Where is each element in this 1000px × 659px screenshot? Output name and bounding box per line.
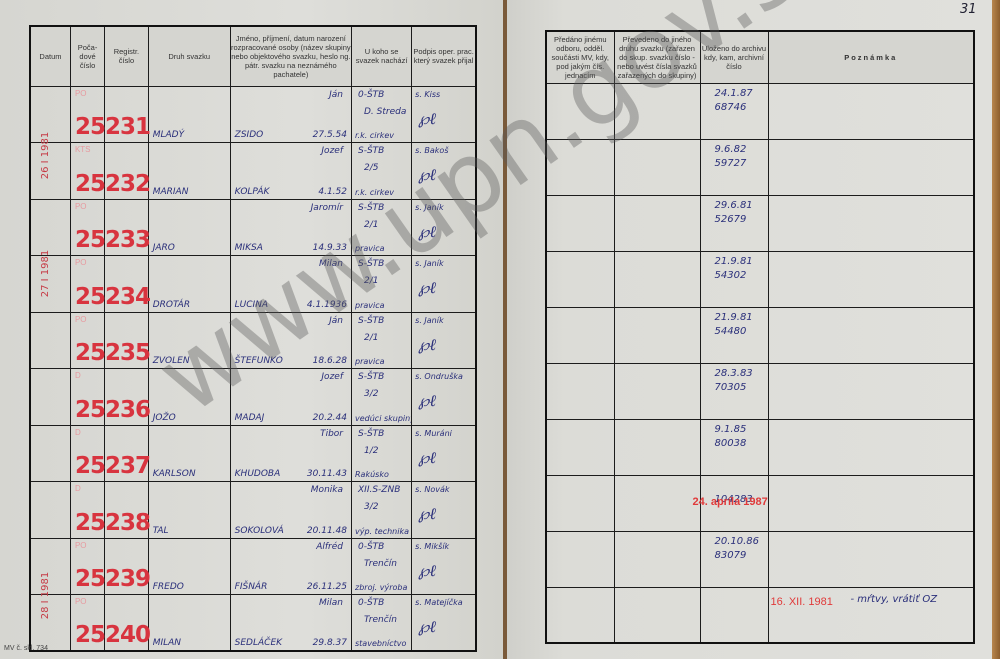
table-row: 21.9.8154302 [546, 251, 974, 307]
alias-cell: JARO [148, 199, 230, 256]
order-cell: D25237 [70, 425, 104, 482]
alias-cell: ZVOLEN [148, 312, 230, 369]
archive-cell: 21.9.8154480 [700, 307, 768, 363]
alias-cell: MILAN [148, 595, 230, 652]
transfer-cell [546, 531, 614, 587]
surname: KHUDOBA [235, 469, 281, 479]
note-cell [768, 531, 974, 587]
alias-cell: MARIAN [148, 143, 230, 200]
received-date-stamp: 26 I 1981 [40, 132, 51, 179]
table-row: PO25235ZVOLENŠTEFUNKOJán18.6.28S-ŠTB2/1p… [30, 312, 476, 369]
order-cell: D25236 [70, 369, 104, 426]
reg-cell [105, 482, 149, 539]
unit: 0-ŠTB [358, 598, 384, 608]
person-cell: ZSIDOJán27.5.54 [230, 86, 351, 143]
archive-date-stamp: 24. apríla 1987 [693, 496, 768, 508]
alias-cell: TAL [148, 482, 230, 539]
officer-name: s. Muráni [415, 429, 452, 438]
officer-name: s. Janík [415, 203, 443, 212]
signature: ℘ℓ [418, 222, 436, 242]
first-name: Milan [319, 598, 343, 608]
col-predano: Předáno jinému odboru, odděl. součásti M… [546, 31, 614, 83]
unit-detail: Trenčín [364, 559, 397, 569]
person-cell: SOKOLOVÁMonika20.11.48 [230, 482, 351, 539]
reg-cell [105, 538, 149, 595]
transfer-cell [546, 195, 614, 251]
signature: ℘ℓ [418, 504, 436, 524]
note-date-stamp: 16. XII. 1981 [771, 596, 833, 608]
signature: ℘ℓ [418, 278, 436, 298]
archive-number: 68746 [715, 102, 747, 113]
surname: KOLPÁK [235, 187, 270, 197]
archive-number: 83079 [715, 550, 747, 561]
birth-date: 30.11.43 [307, 469, 347, 479]
received-date-stamp: 27 I 1981 [40, 250, 51, 297]
unit: S-ŠTB [358, 316, 384, 326]
transfer-cell [546, 363, 614, 419]
order-cell: PO25234 [70, 256, 104, 313]
archive-date: 21.9.81 [715, 312, 753, 323]
transfer-cell [546, 139, 614, 195]
alias-cell: JOŽO [148, 369, 230, 426]
category: pravica [355, 301, 385, 310]
received-date-stamp: 28 I 1981 [40, 572, 51, 619]
col-poradove-cislo: Poča-dové číslo [70, 26, 104, 86]
alias: MLADÝ [153, 130, 184, 140]
table-row: 9.6.8259727 [546, 139, 974, 195]
unit: XII.S-ZNB [358, 485, 400, 495]
person-cell: FIŠNÁRAlfréd26.11.25 [230, 538, 351, 595]
type-code: D [75, 428, 81, 437]
transfer-cell [546, 419, 614, 475]
alias: MILAN [153, 638, 181, 648]
date-cell [30, 369, 70, 426]
category: pravica [355, 357, 385, 366]
signature-cell: s. Bakoš℘ℓ [412, 143, 476, 200]
date-cell [30, 425, 70, 482]
person-cell: SEDLÁČEKMilan29.8.37 [230, 595, 351, 652]
col-podpis: Podpis oper. prac. který svazek přijal [412, 26, 476, 86]
archive-number: 52679 [715, 214, 747, 225]
first-name: Milan [319, 259, 343, 269]
category: r.k. cirkev [355, 131, 394, 140]
form-number: MV č. skl. 734 [4, 645, 48, 652]
surname: SOKOLOVÁ [235, 526, 284, 536]
archive-number: 59727 [715, 158, 747, 169]
surname: MADAJ [235, 413, 265, 423]
archive-cell: 9.6.8259727 [700, 139, 768, 195]
birth-date: 4.1.52 [318, 187, 347, 197]
table-row: 28.3.8370305 [546, 363, 974, 419]
location-cell: S-ŠTB2/1pravica [352, 256, 412, 313]
officer-name: s. Matejíčka [415, 598, 463, 607]
note-cell [768, 363, 974, 419]
note-cell [768, 475, 974, 531]
col-u-koho: U koho se svazek nachází [352, 26, 412, 86]
archive-date: 9.1.85 [715, 424, 747, 435]
signature-cell: s. Janík℘ℓ [412, 312, 476, 369]
unit: S-ŠTB [358, 203, 384, 213]
first-name: Alfréd [316, 542, 343, 552]
unit-detail: 2/1 [364, 276, 378, 286]
registry-table-right: Předáno jinému odboru, odděl. součásti M… [545, 30, 975, 644]
reg-cell [105, 312, 149, 369]
signature: ℘ℓ [418, 617, 436, 637]
page-number: 31 [960, 2, 977, 17]
date-cell [30, 199, 70, 256]
type-code: PO [75, 597, 87, 606]
location-cell: S-ŠTB2/5r.k. cirkev [352, 143, 412, 200]
location-cell: S-ŠTB1/2Rakúsko [352, 425, 412, 482]
signature: ℘ℓ [418, 561, 436, 581]
person-cell: ŠTEFUNKOJán18.6.28 [230, 312, 351, 369]
date-cell [30, 312, 70, 369]
surname: ŠTEFUNKO [235, 356, 283, 366]
surname: FIŠNÁR [235, 582, 268, 592]
table-row: PO25239FREDOFIŠNÁRAlfréd26.11.250-ŠTBTre… [30, 538, 476, 595]
person-cell: MIKSAJaromír14.9.33 [230, 199, 351, 256]
col-jmeno: Jméno, příjmení, datum narození rozpraco… [230, 26, 351, 86]
signature: ℘ℓ [418, 165, 436, 185]
alias: JARO [153, 243, 175, 253]
alias-cell: MLADÝ [148, 86, 230, 143]
type-code: PO [75, 541, 87, 550]
birth-date: 20.2.44 [313, 413, 347, 423]
surname: ZSIDO [235, 130, 264, 140]
table-row: 24.1.8768746 [546, 83, 974, 139]
col-ulozeno: Uloženo do archivu kdy, kam, archivní čí… [700, 31, 768, 83]
location-cell: 0-ŠTBTrenčínstavebníctvo [352, 595, 412, 652]
person-cell: LUCINAMilan4.1.1936 [230, 256, 351, 313]
transfer-cell [546, 307, 614, 363]
first-name: Tibor [320, 429, 343, 439]
officer-name: s. Kiss [415, 90, 440, 99]
note-cell [768, 195, 974, 251]
table-row: KTS25232MARIANKOLPÁKJozef4.1.52S-ŠTB2/5r… [30, 143, 476, 200]
first-name: Ján [329, 316, 343, 326]
alias: MARIAN [153, 187, 189, 197]
converted-cell [614, 195, 700, 251]
converted-cell [614, 475, 700, 531]
order-cell: PO25240 [70, 595, 104, 652]
person-cell: KHUDOBATibor30.11.43 [230, 425, 351, 482]
note-cell [768, 419, 974, 475]
table-row: PO25234DROTÁRLUCINAMilan4.1.1936S-ŠTB2/1… [30, 256, 476, 313]
order-cell: KTS25232 [70, 143, 104, 200]
archive-date: 28.3.83 [715, 368, 753, 379]
reg-cell [105, 143, 149, 200]
table-row: 29.6.8152679 [546, 195, 974, 251]
type-code: KTS [75, 145, 91, 154]
table-row: 9.1.8580038 [546, 419, 974, 475]
alias: ZVOLEN [153, 356, 190, 366]
note-cell [768, 307, 974, 363]
birth-date: 14.9.33 [313, 243, 347, 253]
location-cell: S-ŠTB2/1pravica [352, 199, 412, 256]
signature: ℘ℓ [418, 335, 436, 355]
header-row: Datum Poča-dové číslo Registr. číslo Dru… [30, 26, 476, 86]
archive-date: 9.6.82 [715, 144, 747, 155]
birth-date: 4.1.1936 [307, 300, 347, 310]
converted-cell [614, 531, 700, 587]
converted-cell [614, 587, 700, 643]
unit-detail: 2/1 [364, 220, 378, 230]
archive-date: 20.10.86 [715, 536, 760, 547]
signature: ℘ℓ [418, 391, 436, 411]
officer-name: s. Bakoš [415, 146, 448, 155]
archive-number: 54480 [715, 326, 747, 337]
first-name: Jozef [321, 372, 343, 382]
unit-detail: 3/2 [364, 389, 378, 399]
reg-cell [105, 369, 149, 426]
location-cell: XII.S-ZNB3/2výp. technika [352, 482, 412, 539]
table-row: D25237KARLSONKHUDOBATibor30.11.43S-ŠTB1/… [30, 425, 476, 482]
reg-cell [105, 425, 149, 482]
table-row: 21.9.8154480 [546, 307, 974, 363]
person-cell: KOLPÁKJozef4.1.52 [230, 143, 351, 200]
registry-table-left: Datum Poča-dové číslo Registr. číslo Dru… [29, 25, 477, 652]
officer-name: s. Mikšík [415, 542, 449, 551]
note-cell [768, 83, 974, 139]
col-datum: Datum [30, 26, 70, 86]
unit-detail: 1/2 [364, 446, 378, 456]
table-row: 20.10.8683079 [546, 531, 974, 587]
order-cell: PO25235 [70, 312, 104, 369]
converted-cell [614, 139, 700, 195]
category: stavebníctvo [355, 639, 406, 648]
order-cell: PO25231 [70, 86, 104, 143]
alias: FREDO [153, 582, 184, 592]
reg-cell [105, 595, 149, 652]
signature-cell: s. Muráni℘ℓ [412, 425, 476, 482]
book-edge [992, 0, 1000, 659]
first-name: Jaromír [311, 203, 343, 213]
alias: JOŽO [153, 413, 176, 423]
table-row: 10428324. apríla 1987 [546, 475, 974, 531]
unit: 0-ŠTB [358, 90, 384, 100]
location-cell: S-ŠTB3/2vedúci skupiny [352, 369, 412, 426]
archive-number: 54302 [715, 270, 747, 281]
category: r.k. cirkev [355, 188, 394, 197]
archive-cell: 20.10.8683079 [700, 531, 768, 587]
category: Rakúsko [355, 470, 389, 479]
note-cell [768, 139, 974, 195]
birth-date: 26.11.25 [307, 582, 347, 592]
order-cell: PO25239 [70, 538, 104, 595]
table-row: PO25240MILANSEDLÁČEKMilan29.8.370-ŠTBTre… [30, 595, 476, 652]
archive-cell [700, 587, 768, 643]
first-name: Ján [329, 90, 343, 100]
archive-cell: 28.3.8370305 [700, 363, 768, 419]
signature: ℘ℓ [418, 109, 436, 129]
signature-cell: s. Mikšík℘ℓ [412, 538, 476, 595]
alias: TAL [153, 526, 169, 536]
unit-detail: Trenčín [364, 615, 397, 625]
birth-date: 29.8.37 [313, 638, 347, 648]
officer-name: s. Janík [415, 259, 443, 268]
transfer-cell [546, 83, 614, 139]
col-druh-svazku: Druh svazku [148, 26, 230, 86]
table-row: PO25231MLADÝZSIDOJán27.5.540-ŠTBD. Stred… [30, 86, 476, 143]
alias-cell: DROTÁR [148, 256, 230, 313]
signature-cell: s. Ondruška℘ℓ [412, 369, 476, 426]
category: výp. technika [355, 527, 409, 536]
header-row: Předáno jinému odboru, odděl. součásti M… [546, 31, 974, 83]
alias-cell: KARLSON [148, 425, 230, 482]
category: pravica [355, 244, 385, 253]
alias: KARLSON [153, 469, 196, 479]
officer-name: s. Ondruška [415, 372, 463, 381]
archive-cell: 9.1.8580038 [700, 419, 768, 475]
archive-date: 21.9.81 [715, 256, 753, 267]
birth-date: 20.11.48 [307, 526, 347, 536]
reg-cell [105, 256, 149, 313]
transfer-cell [546, 251, 614, 307]
reg-cell [105, 86, 149, 143]
surname: MIKSA [235, 243, 263, 253]
type-code: PO [75, 202, 87, 211]
officer-name: s. Novák [415, 485, 449, 494]
unit-detail: D. Streda [364, 107, 406, 117]
location-cell: 0-ŠTBTrenčínzbroj. výroba [352, 538, 412, 595]
reg-cell [105, 199, 149, 256]
archive-date: 24.1.87 [715, 88, 753, 99]
category: zbroj. výroba [355, 583, 407, 592]
archive-cell: 24.1.8768746 [700, 83, 768, 139]
unit-detail: 3/2 [364, 502, 378, 512]
birth-date: 27.5.54 [313, 130, 347, 140]
archive-cell: 21.9.8154302 [700, 251, 768, 307]
archive-cell: 10428324. apríla 1987 [700, 475, 768, 531]
col-poznamka: Poznámka [768, 31, 974, 83]
signature-cell: s. Novák℘ℓ [412, 482, 476, 539]
table-row: PO25233JAROMIKSAJaromír14.9.33S-ŠTB2/1pr… [30, 199, 476, 256]
first-name: Monika [311, 485, 343, 495]
note-cell: 16. XII. 1981- mŕtvy, vrátiť OZ [768, 587, 974, 643]
col-prevedeno: Převedeno do jiného druhu svazku (zařaze… [614, 31, 700, 83]
table-row: 16. XII. 1981- mŕtvy, vrátiť OZ [546, 587, 974, 643]
converted-cell [614, 363, 700, 419]
officer-name: s. Janík [415, 316, 443, 325]
table-row: D25238TALSOKOLOVÁMonika20.11.48XII.S-ZNB… [30, 482, 476, 539]
signature-cell: s. Janík℘ℓ [412, 199, 476, 256]
type-code: D [75, 371, 81, 380]
col-registr-cislo: Registr. číslo [105, 26, 149, 86]
unit: 0-ŠTB [358, 542, 384, 552]
unit-detail: 2/1 [364, 333, 378, 343]
unit: S-ŠTB [358, 372, 384, 382]
order-cell: PO25233 [70, 199, 104, 256]
transfer-cell [546, 587, 614, 643]
converted-cell [614, 251, 700, 307]
unit-detail: 2/5 [364, 163, 378, 173]
alias: DROTÁR [153, 300, 190, 310]
unit: S-ŠTB [358, 429, 384, 439]
transfer-cell [546, 475, 614, 531]
date-cell [30, 482, 70, 539]
note-cell [768, 251, 974, 307]
converted-cell [614, 83, 700, 139]
type-code: PO [75, 89, 87, 98]
signature-cell: s. Kiss℘ℓ [412, 86, 476, 143]
birth-date: 18.6.28 [313, 356, 347, 366]
category: vedúci skupiny [355, 414, 412, 423]
person-cell: MADAJJozef20.2.44 [230, 369, 351, 426]
archive-number: 70305 [715, 382, 747, 393]
location-cell: 0-ŠTBD. Stredar.k. cirkev [352, 86, 412, 143]
unit: S-ŠTB [358, 146, 384, 156]
archive-cell: 29.6.8152679 [700, 195, 768, 251]
table-row: D25236JOŽOMADAJJozef20.2.44S-ŠTB3/2vedúc… [30, 369, 476, 426]
surname: SEDLÁČEK [235, 638, 282, 648]
order-cell: D25238 [70, 482, 104, 539]
converted-cell [614, 419, 700, 475]
first-name: Jozef [321, 146, 343, 156]
signature: ℘ℓ [418, 448, 436, 468]
binding-thread [503, 0, 507, 659]
archive-number: 80038 [715, 438, 747, 449]
surname: LUCINA [235, 300, 268, 310]
signature-cell: s. Janík℘ℓ [412, 256, 476, 313]
archive-date: 29.6.81 [715, 200, 753, 211]
note-text: - mŕtvy, vrátiť OZ [851, 594, 938, 605]
location-cell: S-ŠTB2/1pravica [352, 312, 412, 369]
alias-cell: FREDO [148, 538, 230, 595]
signature-cell: s. Matejíčka℘ℓ [412, 595, 476, 652]
type-code: PO [75, 315, 87, 324]
unit: S-ŠTB [358, 259, 384, 269]
converted-cell [614, 307, 700, 363]
type-code: PO [75, 258, 87, 267]
type-code: D [75, 484, 81, 493]
